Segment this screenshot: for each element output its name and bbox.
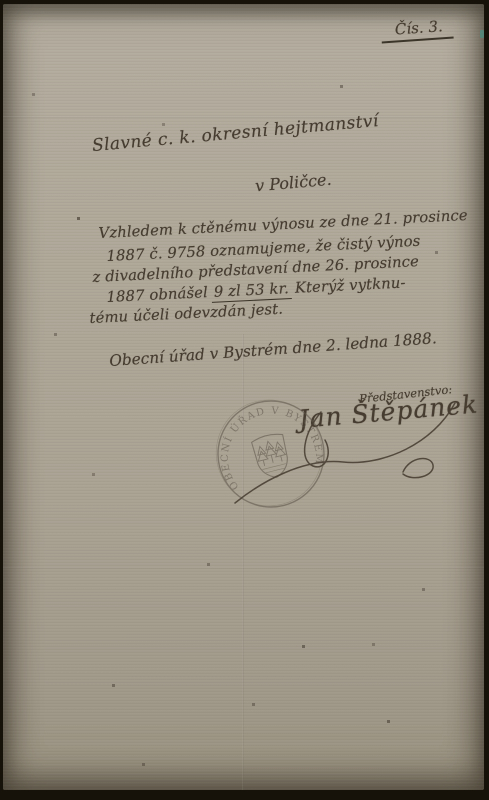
body-line-4-text: 1887 obnášel [106,284,208,306]
address-line-2: v Poličce. [254,170,332,196]
amount-underlined: 9 zl 53 kr. [211,280,291,303]
stamp-text: OBECNÍ ÚŘAD V BYSTRÉM [209,394,329,493]
horizontal-fold-crease-bottom [3,567,484,569]
document-number: Čís. 3. [380,17,453,44]
photo-background: Čís. 3. Slavné c. k. okresní hejtmanství… [0,0,489,800]
signature-paraph [403,459,433,478]
stamp-coat-of-arms [251,432,292,481]
body-line-4-continuation: Kterýž vytknu- [294,274,405,296]
edge-ink-mark [480,30,484,38]
document-number-text: Čís. 3. [394,17,443,38]
stamp-tree-center [263,440,278,464]
dateline: Obecní úřad v Bystrém dne 2. ledna 1888. [109,329,437,370]
horizontal-fold-crease-top [3,116,484,118]
paper-specks [3,4,4,5]
document-paper: Čís. 3. Slavné c. k. okresní hejtmanství… [3,4,484,790]
